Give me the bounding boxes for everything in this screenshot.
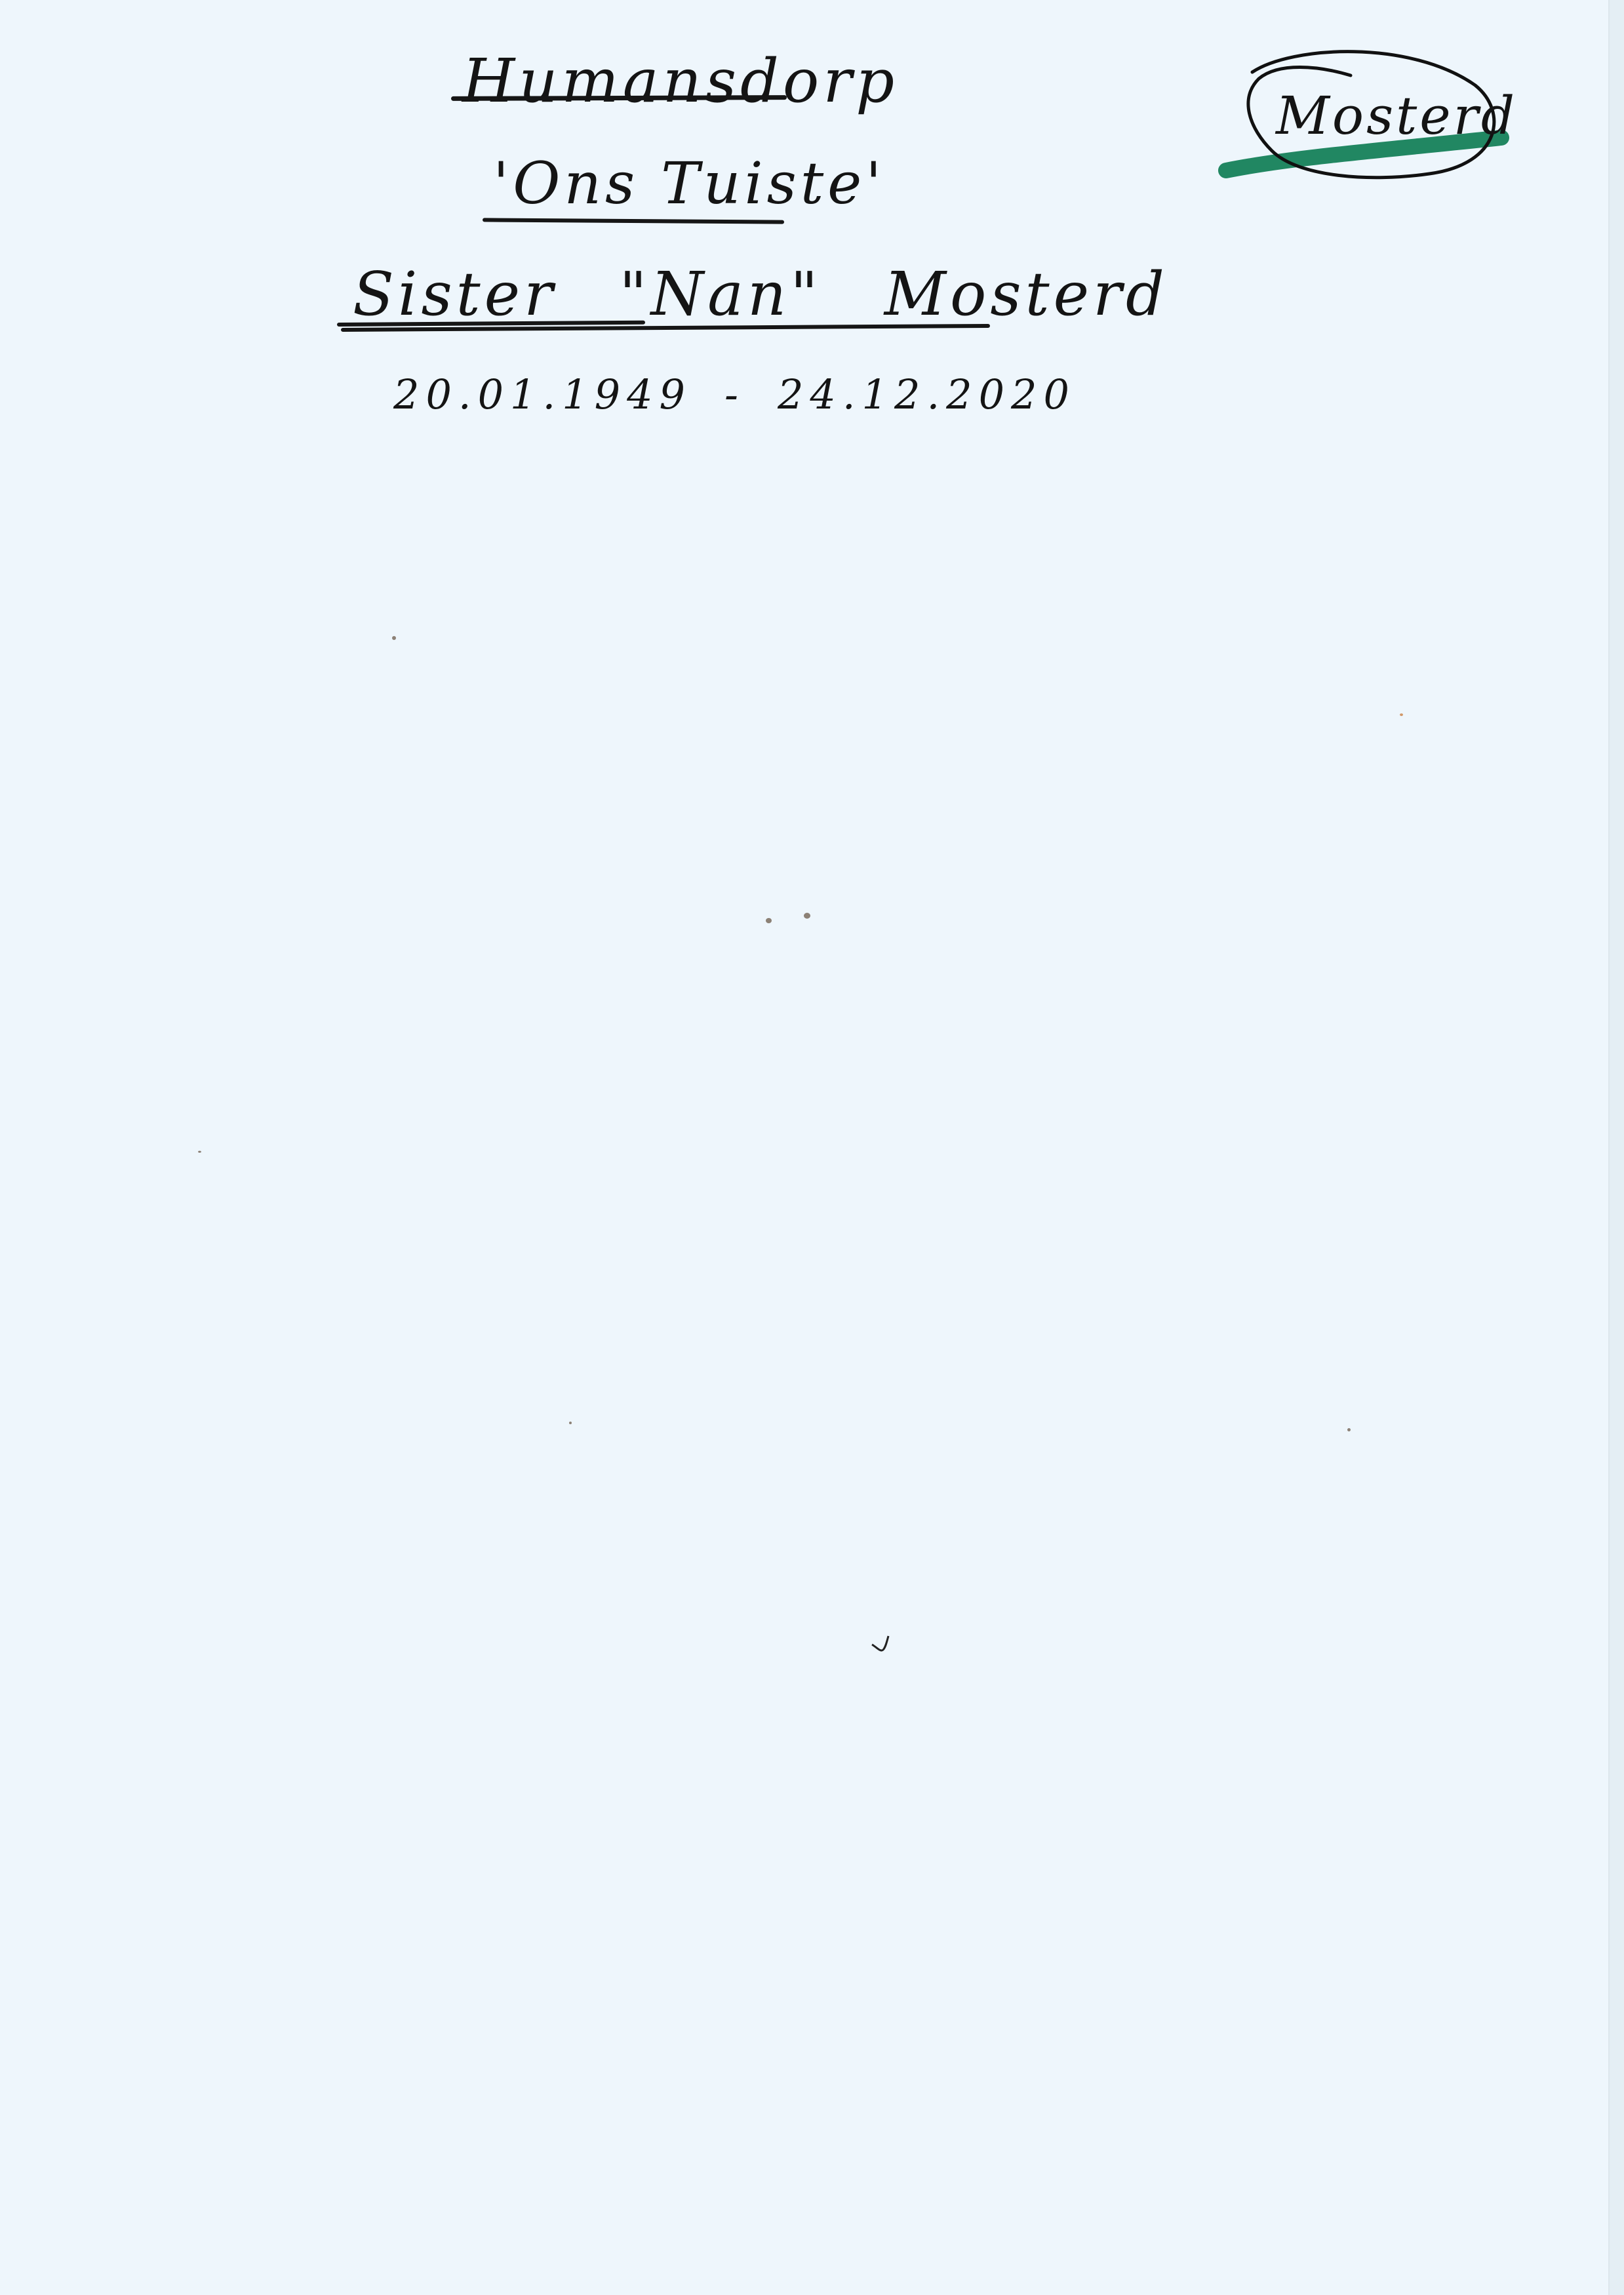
date-end: 24.12.2020 — [778, 370, 1076, 418]
person-nickname: "Nan" — [619, 259, 822, 329]
person-surname: Mosterd — [884, 259, 1168, 329]
paper-speck — [1400, 713, 1403, 716]
circled-surname-tag: Mosterd — [1213, 39, 1515, 197]
person-name-heading: Sister "Nan" Mosterd — [353, 259, 1168, 329]
corner-tag-label: Mosterd — [1276, 85, 1517, 146]
paper-speck — [392, 636, 396, 640]
home-name-underline — [483, 218, 784, 224]
life-dates: 20.01.1949-24.12.2020 — [393, 370, 1076, 418]
paper-speck — [804, 913, 810, 919]
paper-speck — [198, 1151, 201, 1153]
date-separator: - — [724, 370, 745, 418]
paper-speck — [569, 1422, 572, 1424]
date-start: 20.01.1949 — [393, 370, 692, 418]
person-title: Sister — [353, 259, 557, 329]
town-heading: Humansdorp — [462, 46, 898, 116]
scanner-paper-edge — [1608, 0, 1624, 2295]
stray-pen-mark — [869, 1633, 895, 1659]
paper-speck — [766, 918, 772, 923]
paper-speck — [1347, 1428, 1351, 1431]
document-page: Humansdorp 'Ons Tuiste' Sister "Nan" Mos… — [0, 0, 1610, 2295]
home-name-heading: 'Ons Tuiste' — [493, 150, 885, 217]
